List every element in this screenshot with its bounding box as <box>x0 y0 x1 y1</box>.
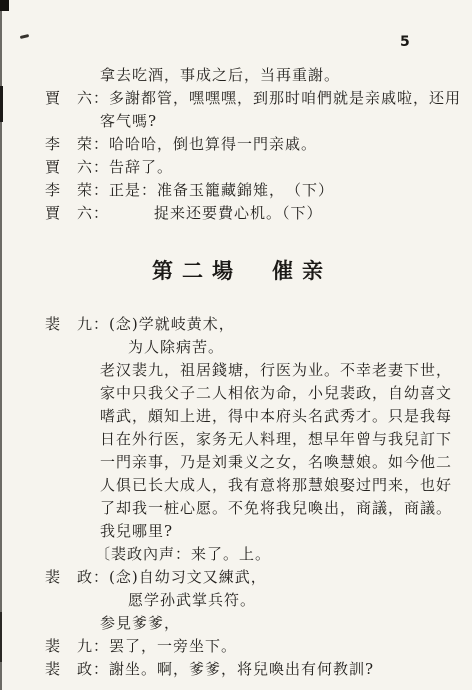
line-text: 告辞了。 <box>109 158 173 176</box>
script-line: 賈 六：捉来还要費心机。（下） <box>0 202 472 225</box>
speaker-label: 裴 政： <box>45 658 109 681</box>
script-line: 老汉裴九，祖居錢塘，行医为业。不幸老妻下世， <box>0 359 472 382</box>
speaker-label: 賈 六： <box>45 156 109 179</box>
line-text: 客气嗎? <box>100 112 157 130</box>
line-text: 一門亲事，乃是刘秉义之女，名喚慧娘。如今他二 <box>100 453 452 471</box>
speaker-label: 裴 政： <box>45 566 109 589</box>
script-line: 为人除病苦。 <box>0 336 472 359</box>
line-text: 罢了，一旁坐下。 <box>109 637 237 655</box>
speaker-label: 賈 六： <box>45 87 109 110</box>
line-text: 为人除病苦。 <box>128 338 224 356</box>
script-line: 李 荣：哈哈哈，倒也算得一門亲戚。 <box>0 133 472 156</box>
line-text: 正是：准备玉籠藏錦雉， （下） <box>109 181 334 199</box>
line-text: 家中只我父子二人相依为命，小兒裴政，自幼喜文 <box>100 384 452 402</box>
script-line: 了却我一桩心愿。不免将我兒喚出，商議，商議。 <box>0 497 472 520</box>
line-text: 人俱已长大成人，我有意将那慧娘娶过門来，也好 <box>100 476 452 494</box>
script-line: 賈 六：告辞了。 <box>0 156 472 179</box>
line-text: 了却我一桩心愿。不免将我兒喚出，商議，商議。 <box>100 499 452 517</box>
line-text: 愿学孙武掌兵符。 <box>128 591 256 609</box>
line-text: 参見爹爹， <box>100 614 180 632</box>
script-line: 李 荣：正是：准备玉籠藏錦雉， （下） <box>0 179 472 202</box>
script-line: 賈 六：多謝都管，嘿嘿嘿，到那时咱們就是亲戚啦，还用 <box>0 87 472 110</box>
script-line: 裴 政：(念)自幼习文又練武， <box>0 566 472 589</box>
line-text: 〔裴政內声：来了。上。 <box>95 545 271 563</box>
line-text: 多謝都管，嘿嘿嘿，到那时咱們就是亲戚啦，还用 <box>109 89 461 107</box>
script-line: 我兒哪里? <box>0 520 472 543</box>
script-line: 裴 九：罢了，一旁坐下。 <box>0 635 472 658</box>
script-line: 愿学孙武掌兵符。 <box>0 589 472 612</box>
script-line: 拿去吃酒，事成之后，当再重謝。 <box>0 64 472 87</box>
scene-one-tail: 拿去吃酒，事成之后，当再重謝。 賈 六：多謝都管，嘿嘿嘿，到那时咱們就是亲戚啦，… <box>0 64 472 225</box>
speaker-label: 裴 九： <box>45 635 109 658</box>
script-content: 拿去吃酒，事成之后，当再重謝。 賈 六：多謝都管，嘿嘿嘿，到那时咱們就是亲戚啦，… <box>0 0 472 681</box>
line-text: 老汉裴九，祖居錢塘，行医为业。不幸老妻下世， <box>100 361 452 379</box>
line-text: 謝坐。啊，爹爹，将兒喚出有何教訓? <box>109 660 374 678</box>
scene-heading: 第二場 催亲 <box>0 255 472 287</box>
script-line: 嗜武，頗知上进，得中本府头名武秀才。只是我每 <box>0 405 472 428</box>
script-line: 裴 政：謝坐。啊，爹爹，将兒喚出有何教訓? <box>0 658 472 681</box>
line-text: 拿去吃酒，事成之后，当再重謝。 <box>100 66 340 84</box>
scanned-page: 5 拿去吃酒，事成之后，当再重謝。 賈 六：多謝都管，嘿嘿嘿，到那时咱們就是亲戚… <box>0 0 472 690</box>
line-text: 哈哈哈，倒也算得一門亲戚。 <box>109 135 317 153</box>
line-text: 捉来还要費心机。（下） <box>154 204 323 222</box>
speaker-label: 賈 六： <box>45 202 109 225</box>
script-line: 客气嗎? <box>0 110 472 133</box>
line-text: (念)学就岐黄术， <box>109 315 235 333</box>
stage-direction-line: 〔裴政內声：来了。上。 <box>0 543 472 566</box>
speaker-label: 裴 九： <box>45 313 109 336</box>
scene-two-body: 裴 九：(念)学就岐黄术， 为人除病苦。 老汉裴九，祖居錢塘，行医为业。不幸老妻… <box>0 313 472 681</box>
line-text: 嗜武，頗知上进，得中本府头名武秀才。只是我每 <box>100 407 452 425</box>
script-line: 一門亲事，乃是刘秉义之女，名喚慧娘。如今他二 <box>0 451 472 474</box>
script-line: 家中只我父子二人相依为命，小兒裴政，自幼喜文 <box>0 382 472 405</box>
script-line: 裴 九：(念)学就岐黄术， <box>0 313 472 336</box>
line-text: 我兒哪里? <box>100 522 173 540</box>
line-text: (念)自幼习文又練武， <box>109 568 267 586</box>
line-text: 日在外行医，家务无人料理，想早年曾与我兒訂下 <box>100 430 452 448</box>
script-line: 参見爹爹， <box>0 612 472 635</box>
script-line: 人俱已长大成人，我有意将那慧娘娶过門来，也好 <box>0 474 472 497</box>
speaker-label: 李 荣： <box>45 179 109 202</box>
script-line: 日在外行医，家务无人料理，想早年曾与我兒訂下 <box>0 428 472 451</box>
speaker-label: 李 荣： <box>45 133 109 156</box>
